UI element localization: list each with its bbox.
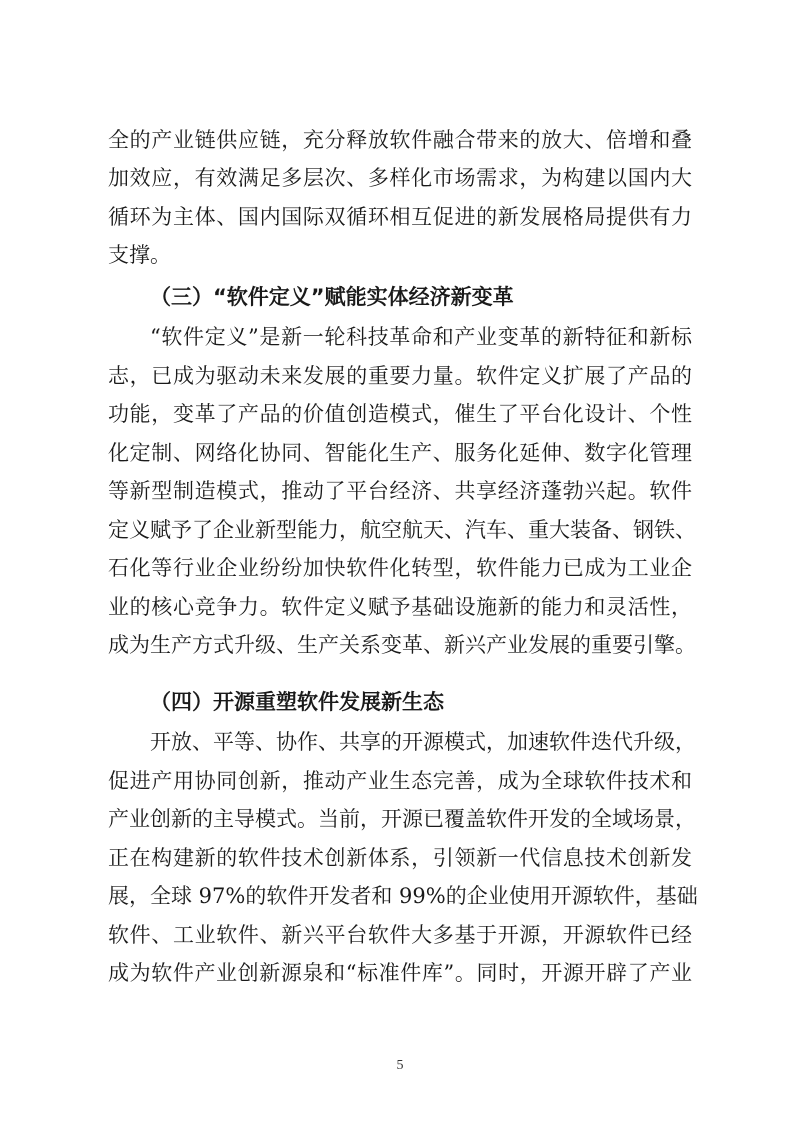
paragraph-line: 循环为主体、国内国际双循环相互促进的新发展格局提供有力: [108, 202, 692, 232]
page-number: 5: [0, 1058, 800, 1074]
paragraph-line: 等新型制造模式，推动了平台经济、共享经济蓬勃兴起。软件: [108, 476, 692, 506]
paragraph-line: 业的核心竞争力。软件定义赋予基础设施新的能力和灵活性，: [108, 592, 692, 622]
paragraph-line: 产业创新的主导模式。当前，开源已覆盖软件开发的全域场景，: [108, 804, 692, 834]
paragraph-line: 全的产业链供应链，充分释放软件融合带来的放大、倍增和叠: [108, 125, 692, 155]
paragraph-line: 成为软件产业创新源泉和“标准件库”。同时，开源开辟了产业: [108, 958, 692, 988]
paragraph-line: 化定制、网络化协同、智能化生产、服务化延伸、数字化管理: [108, 438, 692, 468]
paragraph-line: 促进产用协同创新，推动产业生态完善，成为全球软件技术和: [108, 766, 692, 796]
section-heading-4: （四）开源重塑软件发展新生态: [150, 687, 444, 717]
section-heading-3: （三）“软件定义”赋能实体经济新变革: [150, 282, 514, 312]
paragraph-line: 开放、平等、协作、共享的开源模式，加速软件迭代升级，: [150, 727, 692, 757]
document-page: 全的产业链供应链，充分释放软件融合带来的放大、倍增和叠 加效应，有效满足多层次、…: [0, 0, 800, 1131]
paragraph-line: 加效应，有效满足多层次、多样化市场需求，为构建以国内大: [108, 163, 692, 193]
paragraph-line: 石化等行业企业纷纷加快软件化转型，软件能力已成为工业企: [108, 553, 692, 583]
paragraph-line: 正在构建新的软件技术创新体系，引领新一代信息技术创新发: [108, 843, 692, 873]
paragraph-line: 软件、工业软件、新兴平台软件大多基于开源，开源软件已经: [108, 920, 692, 950]
paragraph-line: 成为生产方式升级、生产关系变革、新兴产业发展的重要引擎。: [108, 630, 692, 660]
paragraph-line: 功能，变革了产品的价值创造模式，催生了平台化设计、个性: [108, 399, 692, 429]
paragraph-line: 支撑。: [108, 240, 692, 270]
paragraph-line: 定义赋予了企业新型能力，航空航天、汽车、重大装备、钢铁、: [108, 515, 692, 545]
paragraph-line: 展，全球 97%的软件开发者和 99%的企业使用开源软件，基础: [108, 881, 692, 911]
paragraph-line: 志，已成为驱动未来发展的重要力量。软件定义扩展了产品的: [108, 361, 692, 391]
paragraph-line: “软件定义”是新一轮科技革命和产业变革的新特征和新标: [150, 322, 692, 352]
